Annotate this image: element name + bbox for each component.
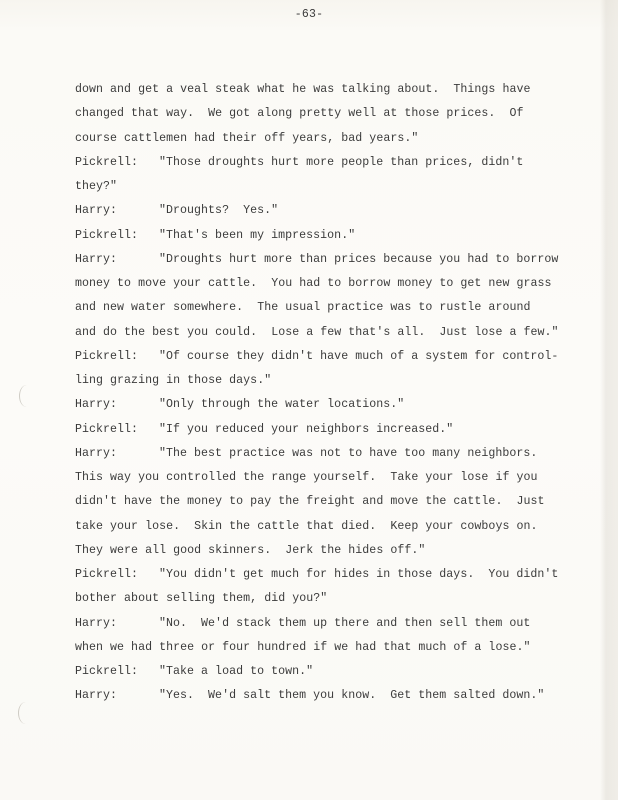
- speaker-label: Harry:: [75, 248, 159, 272]
- speaker-label: Pickrell:: [75, 151, 159, 175]
- dialogue-line: Harry:"Droughts? Yes.": [75, 199, 575, 223]
- line-text: bother about selling them, did you?": [75, 592, 327, 605]
- line-text: "Take a load to town.": [159, 665, 313, 678]
- dialogue-line: Pickrell:"Those droughts hurt more peopl…: [75, 151, 575, 175]
- continuation-line: didn't have the money to pay the freight…: [75, 490, 575, 514]
- line-text: changed that way. We got along pretty we…: [75, 107, 523, 120]
- dialogue-line: Pickrell:"Take a load to town.": [75, 660, 575, 684]
- speaker-label: Harry:: [75, 199, 159, 223]
- speaker-label: Pickrell:: [75, 224, 159, 248]
- speaker-label: Harry:: [75, 612, 159, 636]
- continuation-line: changed that way. We got along pretty we…: [75, 102, 575, 126]
- continuation-line: take your lose. Skin the cattle that die…: [75, 515, 575, 539]
- dialogue-line: Pickrell:"That's been my impression.": [75, 224, 575, 248]
- document-page: -63- down and get a veal steak what he w…: [0, 0, 618, 800]
- line-text: "No. We'd stack them up there and then s…: [159, 617, 530, 630]
- line-text: take your lose. Skin the cattle that die…: [75, 520, 538, 533]
- transcript-body: down and get a veal steak what he was ta…: [75, 78, 575, 709]
- dialogue-line: Pickrell:"You didn't get much for hides …: [75, 563, 575, 587]
- continuation-line: when we had three or four hundred if we …: [75, 636, 575, 660]
- punch-hole-mark: [19, 385, 34, 407]
- line-text: and new water somewhere. The usual pract…: [75, 301, 530, 314]
- continuation-line: This way you controlled the range yourse…: [75, 466, 575, 490]
- line-text: down and get a veal steak what he was ta…: [75, 83, 530, 96]
- speaker-label: Harry:: [75, 393, 159, 417]
- line-text: They were all good skinners. Jerk the hi…: [75, 544, 425, 557]
- continuation-line: course cattlemen had their off years, ba…: [75, 127, 575, 151]
- dialogue-line: Pickrell:"If you reduced your neighbors …: [75, 418, 575, 442]
- continuation-line: and new water somewhere. The usual pract…: [75, 296, 575, 320]
- dialogue-line: Harry:"Only through the water locations.…: [75, 393, 575, 417]
- speaker-label: Pickrell:: [75, 345, 159, 369]
- line-text: didn't have the money to pay the freight…: [75, 495, 545, 508]
- continuation-line: they?": [75, 175, 575, 199]
- line-text: ling grazing in those days.": [75, 374, 271, 387]
- line-text: and do the best you could. Lose a few th…: [75, 326, 559, 339]
- line-text: "Only through the water locations.": [159, 398, 404, 411]
- line-text: "Droughts hurt more than prices because …: [159, 253, 558, 266]
- line-text: "You didn't get much for hides in those …: [159, 568, 558, 581]
- continuation-line: and do the best you could. Lose a few th…: [75, 321, 575, 345]
- line-text: "That's been my impression.": [159, 229, 355, 242]
- line-text: course cattlemen had their off years, ba…: [75, 132, 418, 145]
- line-text: This way you controlled the range yourse…: [75, 471, 538, 484]
- continuation-line: money to move your cattle. You had to bo…: [75, 272, 575, 296]
- dialogue-line: Harry:"No. We'd stack them up there and …: [75, 612, 575, 636]
- line-text: "Of course they didn't have much of a sy…: [159, 350, 558, 363]
- dialogue-line: Harry:"Yes. We'd salt them you know. Get…: [75, 684, 575, 708]
- speaker-label: Pickrell:: [75, 563, 159, 587]
- speaker-label: Harry:: [75, 442, 159, 466]
- line-text: "The best practice was not to have too m…: [159, 447, 537, 460]
- continuation-line: ling grazing in those days.": [75, 369, 575, 393]
- line-text: "Those droughts hurt more people than pr…: [159, 156, 523, 169]
- dialogue-line: Pickrell:"Of course they didn't have muc…: [75, 345, 575, 369]
- dialogue-line: Harry:"Droughts hurt more than prices be…: [75, 248, 575, 272]
- continuation-line: down and get a veal steak what he was ta…: [75, 78, 575, 102]
- line-text: "If you reduced your neighbors increased…: [159, 423, 453, 436]
- continuation-line: bother about selling them, did you?": [75, 587, 575, 611]
- line-text: "Yes. We'd salt them you know. Get them …: [159, 689, 544, 702]
- speaker-label: Pickrell:: [75, 418, 159, 442]
- speaker-label: Harry:: [75, 684, 159, 708]
- line-text: money to move your cattle. You had to bo…: [75, 277, 552, 290]
- line-text: they?": [75, 180, 117, 193]
- line-text: when we had three or four hundred if we …: [75, 641, 530, 654]
- page-number: -63-: [0, 8, 618, 21]
- line-text: "Droughts? Yes.": [159, 204, 278, 217]
- dialogue-line: Harry:"The best practice was not to have…: [75, 442, 575, 466]
- continuation-line: They were all good skinners. Jerk the hi…: [75, 539, 575, 563]
- speaker-label: Pickrell:: [75, 660, 159, 684]
- punch-hole-mark: [18, 702, 33, 724]
